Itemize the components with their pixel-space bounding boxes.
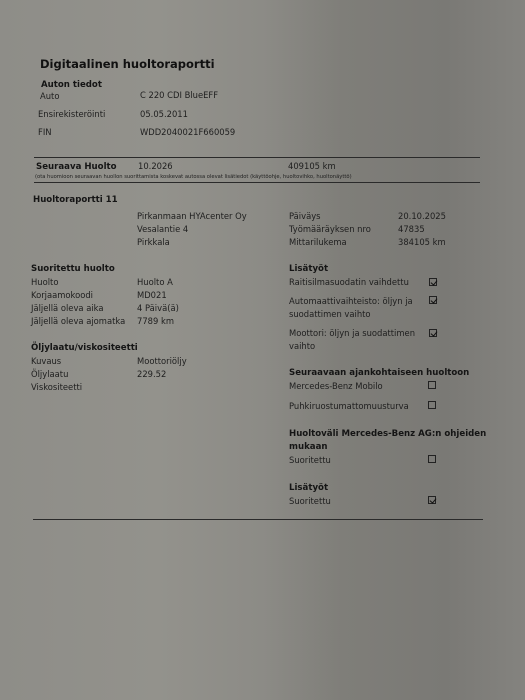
oil-quality-value: 229.52 bbox=[137, 369, 166, 379]
fin-label: FIN bbox=[38, 127, 52, 137]
vehicle-label: Auto bbox=[40, 91, 59, 101]
divider bbox=[34, 157, 480, 158]
service-report-page: Digitaalinen huoltoraportti Auton tiedot… bbox=[0, 0, 525, 700]
workshop-name: Pirkanmaan HYAcenter Oy bbox=[137, 211, 247, 221]
interval-heading: Huoltoväli Mercedes-Benz AG:n ohjeiden bbox=[289, 429, 486, 439]
additional-work-item-label: suodattimen vaihto bbox=[289, 309, 371, 319]
remaining-distance-label: Jäljellä oleva ajomatka bbox=[31, 316, 125, 326]
workshop-street: Vesalantie 4 bbox=[137, 224, 188, 234]
interval-performed-checkbox[interactable] bbox=[428, 455, 436, 463]
next-service-date: 10.2026 bbox=[138, 161, 173, 171]
additional-work-checkbox[interactable] bbox=[429, 329, 437, 337]
first-registration-value: 05.05.2011 bbox=[140, 109, 188, 119]
additional-work-checkbox[interactable] bbox=[429, 296, 437, 304]
extra-performed-checkbox[interactable] bbox=[428, 496, 436, 504]
mobilo-checkbox[interactable] bbox=[428, 381, 436, 389]
rust-warranty-label: Puhkiruostumattomuusturva bbox=[289, 401, 409, 411]
workshop-city: Pirkkala bbox=[137, 237, 170, 247]
fin-value: WDD2040021F660059 bbox=[140, 127, 235, 137]
interval-performed-label: Suoritettu bbox=[289, 455, 331, 465]
performed-service-heading: Suoritettu huolto bbox=[31, 264, 115, 274]
report-heading: Huoltoraportti 11 bbox=[33, 195, 118, 205]
oil-description-value: Moottoriöljy bbox=[137, 356, 187, 366]
oil-heading: Öljylaatu/viskositeetti bbox=[31, 343, 138, 353]
odometer-value: 384105 km bbox=[398, 237, 446, 247]
workshop-code-label: Korjaamokoodi bbox=[31, 290, 93, 300]
additional-work-item-label: vaihto bbox=[289, 341, 315, 351]
remaining-time-value: 4 Päivä(ä) bbox=[137, 303, 179, 313]
divider bbox=[34, 182, 480, 183]
oil-quality-label: Öljylaatu bbox=[31, 369, 68, 379]
date-value: 20.10.2025 bbox=[398, 211, 446, 221]
workshop-code-value: MD021 bbox=[137, 290, 167, 300]
work-order-value: 47835 bbox=[398, 224, 425, 234]
additional-work-item-label: Automaattivaihteisto: öljyn ja bbox=[289, 296, 413, 306]
first-registration-label: Ensirekisteröinti bbox=[38, 109, 105, 119]
next-service-km: 409105 km bbox=[288, 161, 336, 171]
mobilo-label: Mercedes-Benz Mobilo bbox=[289, 381, 383, 391]
remaining-distance-value: 7789 km bbox=[137, 316, 174, 326]
bottom-divider bbox=[33, 519, 483, 520]
extra-performed-label: Suoritettu bbox=[289, 496, 331, 506]
vehicle-heading: Auton tiedot bbox=[41, 80, 102, 90]
viscosity-label: Viskositeetti bbox=[31, 382, 82, 392]
extra-heading: Lisätyöt bbox=[289, 483, 328, 493]
next-service-label: Seuraava Huolto bbox=[36, 162, 117, 172]
next-service-note: (ota huomioon seuraavan huollon suoritta… bbox=[35, 174, 352, 180]
document-title: Digitaalinen huoltoraportti bbox=[40, 57, 215, 71]
vehicle-value: C 220 CDI BlueEFF bbox=[140, 90, 218, 100]
date-label: Päiväys bbox=[289, 211, 321, 221]
remaining-time-label: Jäljellä oleva aika bbox=[31, 303, 104, 313]
service-value: Huolto A bbox=[137, 277, 173, 287]
service-label: Huolto bbox=[31, 277, 58, 287]
additional-work-heading: Lisätyöt bbox=[289, 264, 328, 274]
interval-heading-cont: mukaan bbox=[289, 442, 328, 452]
additional-work-item-label: Raitisilmasuodatin vaihdettu bbox=[289, 277, 409, 287]
work-order-label: Työmääräyksen nro bbox=[289, 224, 371, 234]
oil-description-label: Kuvaus bbox=[31, 356, 61, 366]
next-timely-heading: Seuraavaan ajankohtaiseen huoltoon bbox=[289, 368, 469, 378]
additional-work-item-label: Moottori: öljyn ja suodattimen bbox=[289, 328, 415, 338]
odometer-label: Mittarilukema bbox=[289, 237, 347, 247]
rust-warranty-checkbox[interactable] bbox=[428, 401, 436, 409]
additional-work-checkbox[interactable] bbox=[429, 278, 437, 286]
